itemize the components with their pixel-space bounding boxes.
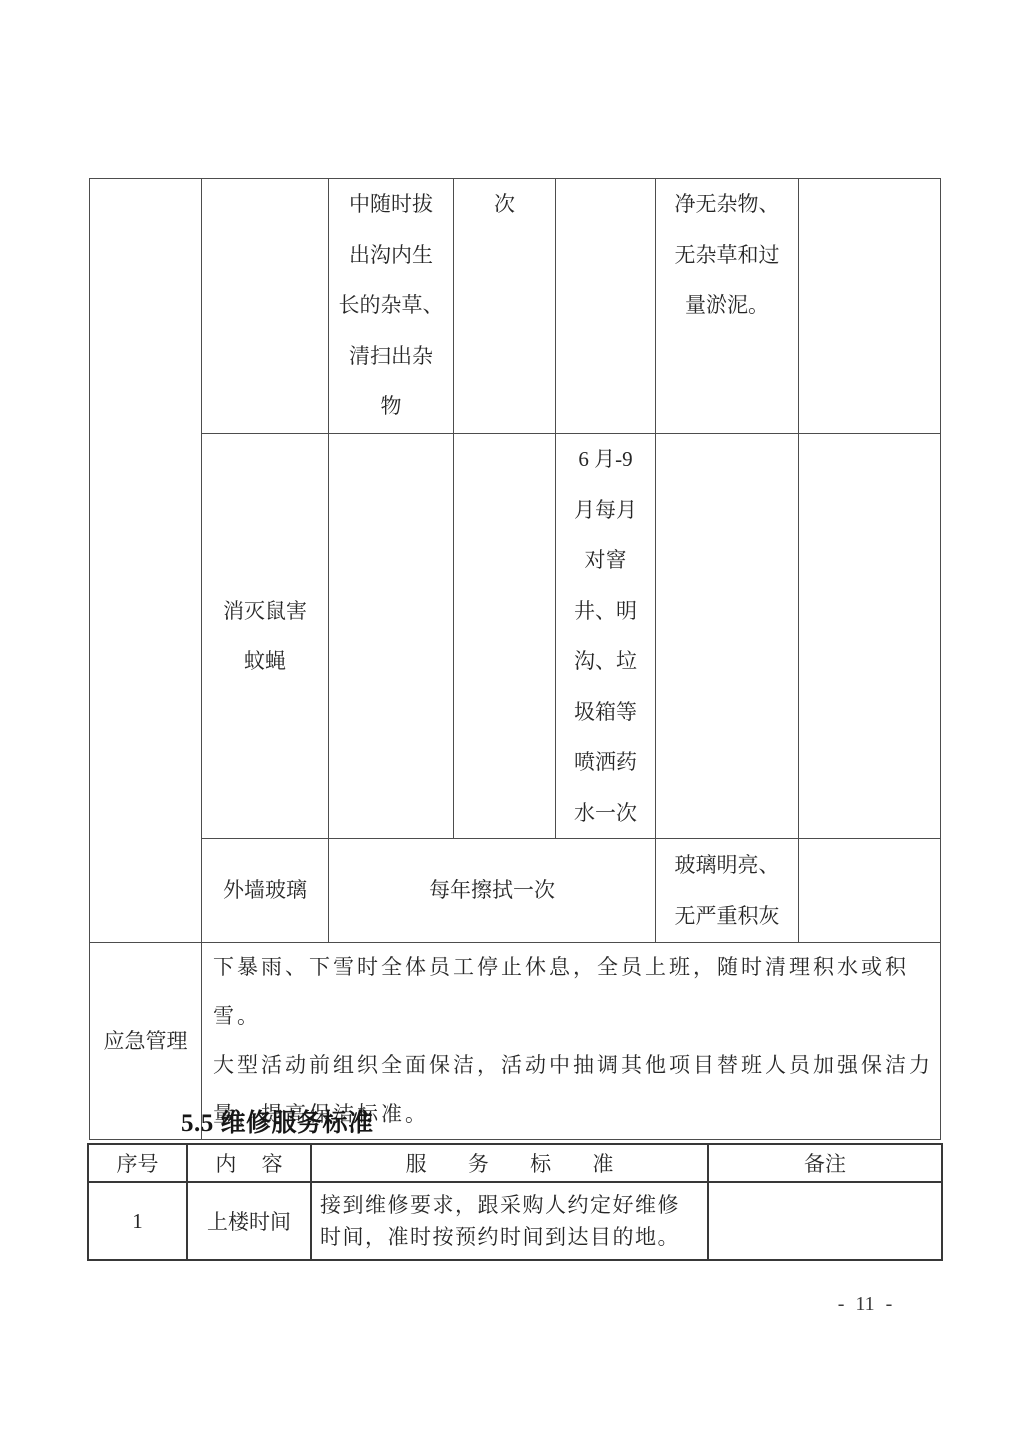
cell-item-exterior-glass: 外墙玻璃: [202, 839, 329, 943]
cell-item-pest-control: 消灭鼠害 蚊蝇: [202, 434, 329, 839]
column-header-remark: 备注: [708, 1144, 942, 1182]
cell-task-weeds: 中随时拔 出沟内生 长的杂草、 清扫出杂 物: [329, 179, 454, 434]
page-number: - 11 -: [805, 1293, 925, 1316]
cell-unit: 次: [454, 179, 556, 434]
repair-standards-table: 序号 内 容 服 务 标 准 备注 1 上楼时间 接到维修要求，跟采购人约定好维…: [87, 1143, 943, 1261]
cell-remark-empty: [708, 1182, 942, 1260]
column-header-no: 序号: [88, 1144, 187, 1182]
table-row: 消灭鼠害 蚊蝇 6 月-9 月每月 对窨 井、明 沟、垃 圾箱等 喷洒药 水一次: [90, 434, 941, 839]
cell-frequency-empty: [556, 179, 656, 434]
cell-task-empty: [329, 434, 454, 839]
cell-content-arrival-time: 上楼时间: [187, 1182, 311, 1260]
cell-category-empty: [90, 179, 202, 943]
cell-item-empty: [202, 179, 329, 434]
cell-frequency-pest: 6 月-9 月每月 对窨 井、明 沟、垃 圾箱等 喷洒药 水一次: [556, 434, 656, 839]
cell-standard-glass: 玻璃明亮、 无严重积灰: [656, 839, 799, 943]
cell-row-number: 1: [88, 1182, 187, 1260]
column-header-content: 内 容: [187, 1144, 311, 1182]
cell-standard-ditch: 净无杂物、 无杂草和过 量淤泥。: [656, 179, 799, 434]
cell-service-standard: 接到维修要求，跟采购人约定好维修 时间，准时按预约时间到达目的地。: [311, 1182, 708, 1260]
table-header-row: 序号 内 容 服 务 标 准 备注: [88, 1144, 942, 1182]
section-heading: 5.5 维修服务标准: [181, 1103, 374, 1139]
cell-standard-empty: [656, 434, 799, 839]
cell-remark-empty: [799, 839, 941, 943]
table-row: 中随时拔 出沟内生 长的杂草、 清扫出杂 物 次 净无杂物、 无杂草和过 量淤泥…: [90, 179, 941, 434]
cleaning-standards-table: 中随时拔 出沟内生 长的杂草、 清扫出杂 物 次 净无杂物、 无杂草和过 量淤泥…: [89, 178, 941, 1140]
cell-remark-empty: [799, 179, 941, 434]
table-row: 1 上楼时间 接到维修要求，跟采购人约定好维修 时间，准时按预约时间到达目的地。: [88, 1182, 942, 1260]
cell-unit-empty: [454, 434, 556, 839]
table-row: 外墙玻璃 每年擦拭一次 玻璃明亮、 无严重积灰: [90, 839, 941, 943]
cell-frequency-glass: 每年擦拭一次: [329, 839, 656, 943]
column-header-standard: 服 务 标 准: [311, 1144, 708, 1182]
cell-remark-empty: [799, 434, 941, 839]
